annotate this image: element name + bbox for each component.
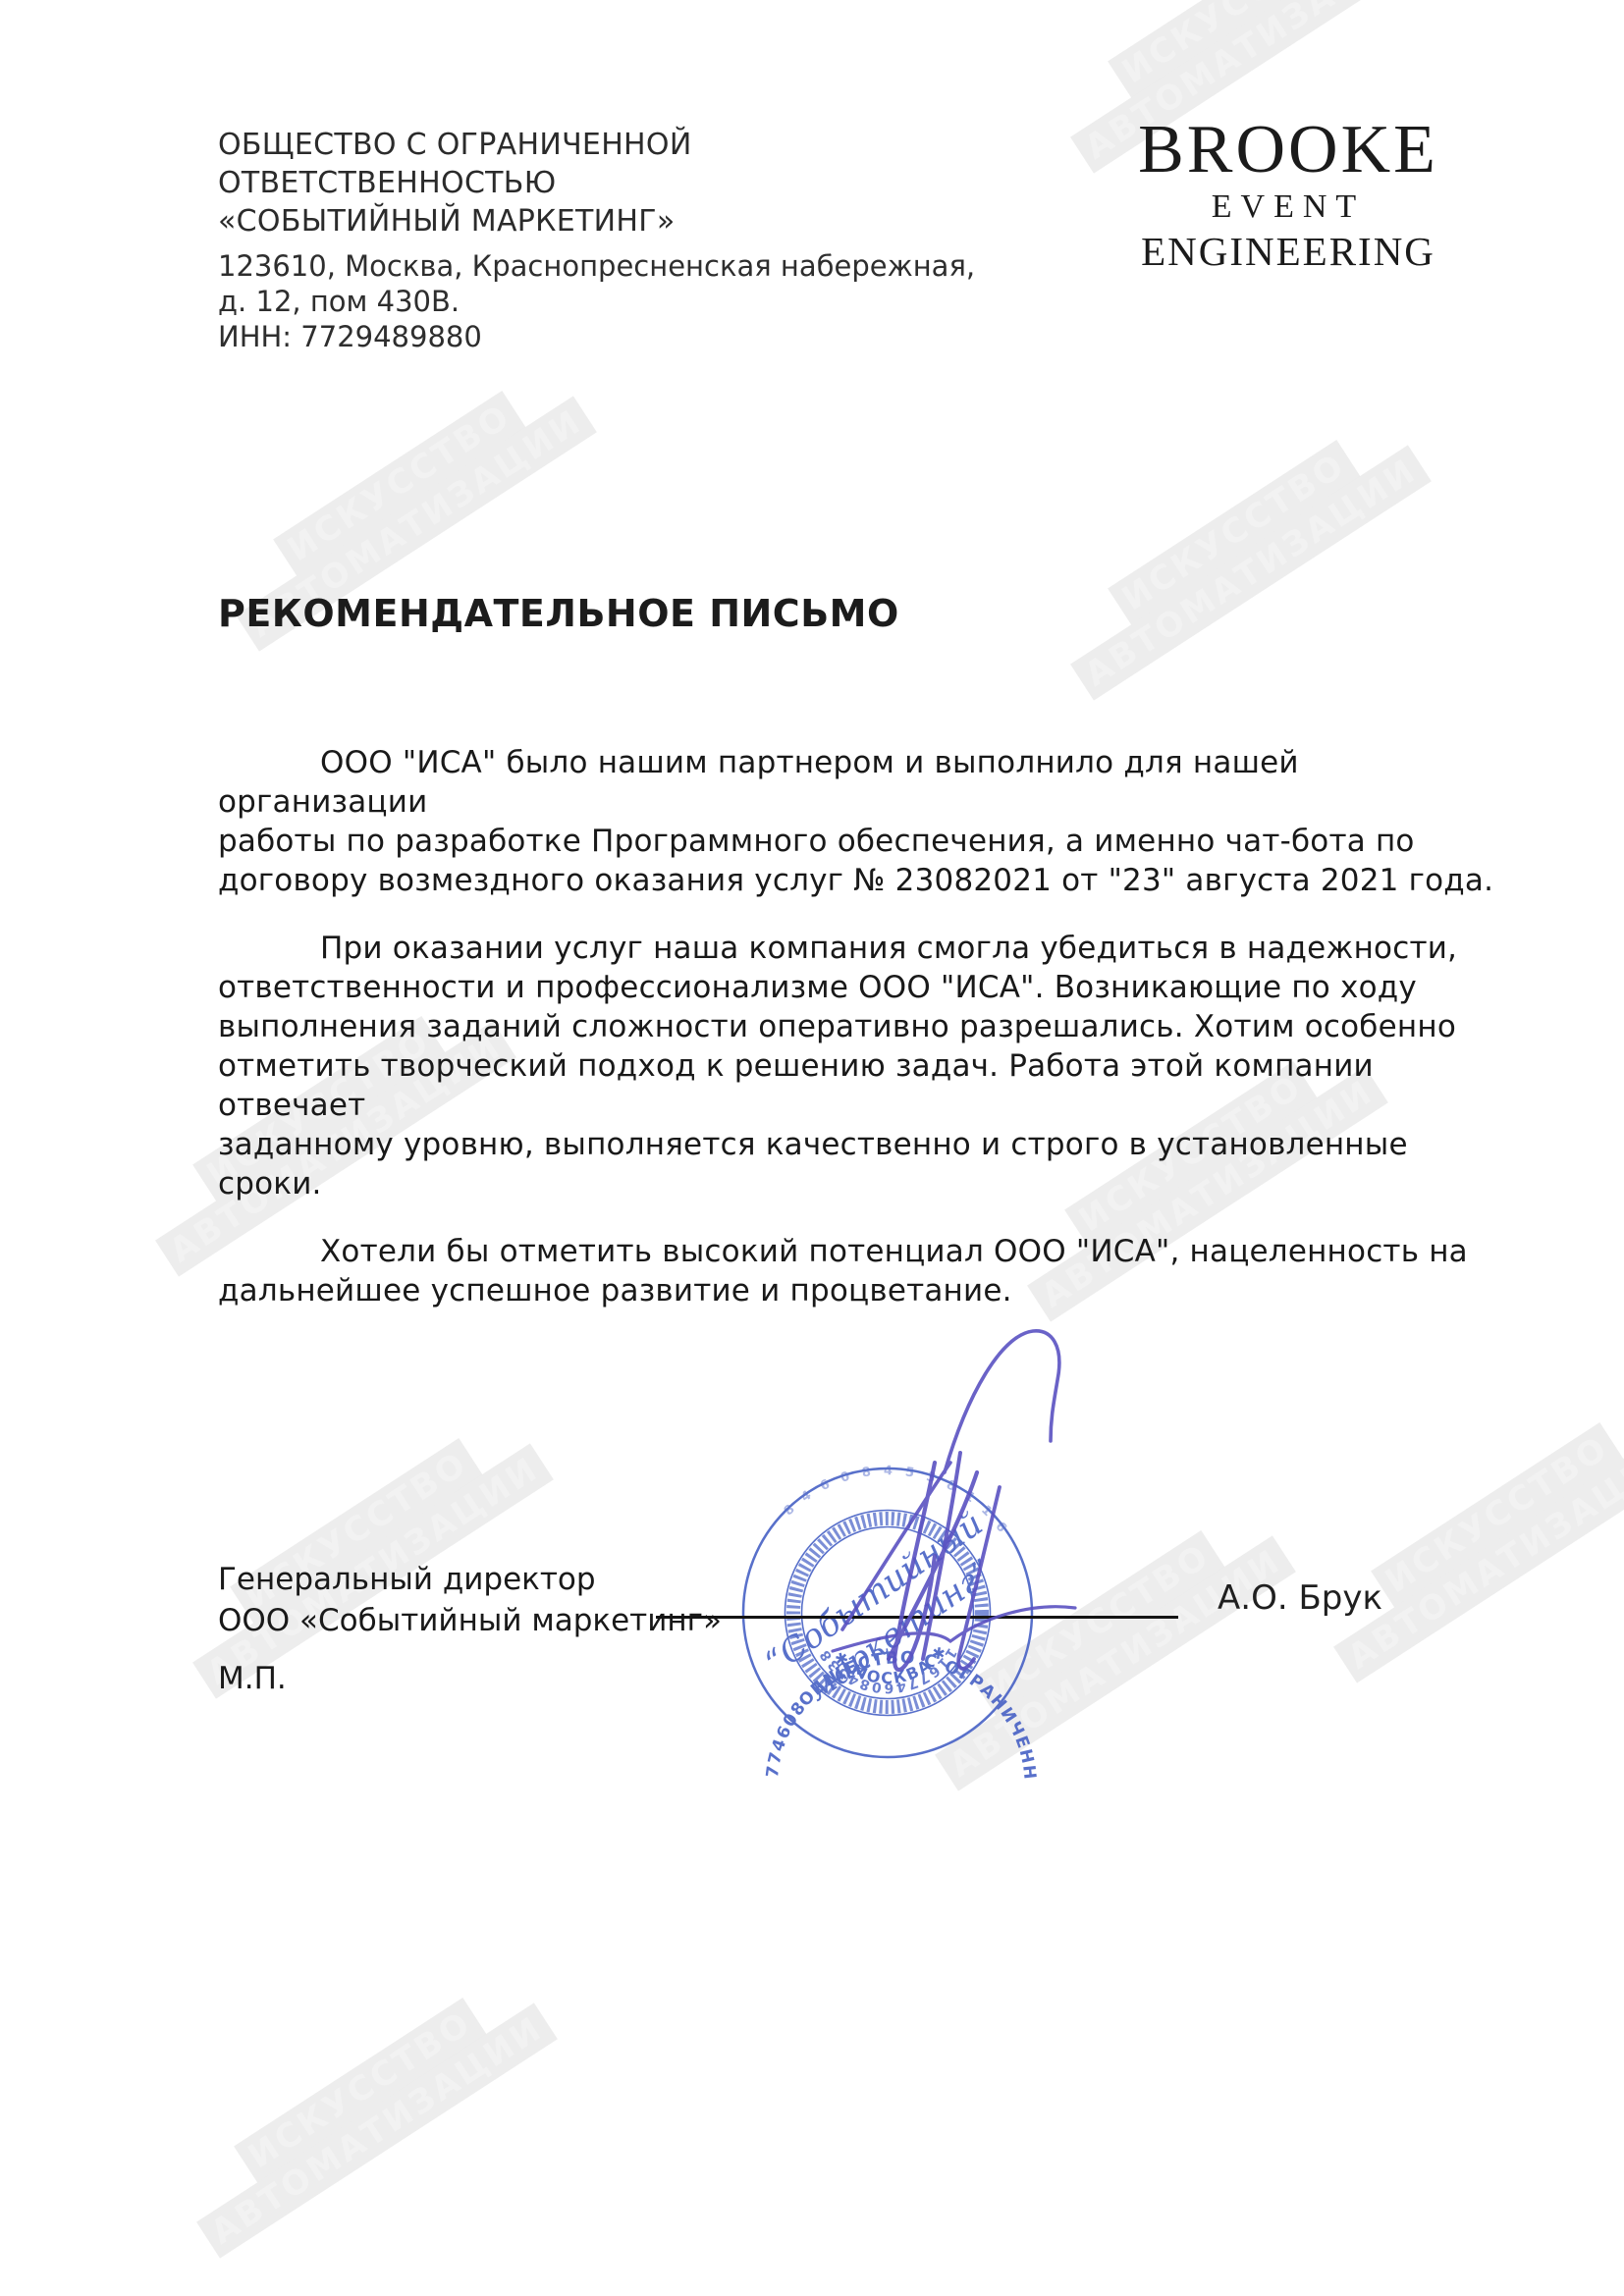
address-line: д. 12, пом 430В.	[218, 284, 975, 319]
address-line: 123610, Москва, Краснопресненская набере…	[218, 248, 975, 284]
document-title: РЕКОМЕНДАТЕЛЬНОЕ ПИСЬМО	[218, 592, 899, 635]
paragraph: Хотели бы отметить высокий потенциал ООО…	[218, 1232, 1516, 1310]
watermark-text: ИСКУССТВОАВТОМАТИЗАЦИИ	[1310, 1391, 1624, 1682]
org-name-line: ОТВЕТСТВЕННОСТЬЮ	[218, 164, 975, 202]
logo-line-engineering: ENGINEERING	[1115, 228, 1461, 275]
logo-line-brooke: BROOKE	[1115, 114, 1461, 187]
org-name-line: «СОБЫТИЙНЫЙ МАРКЕТИНГ»	[218, 202, 975, 240]
letterhead-company-block: ОБЩЕСТВО С ОГРАНИЧЕННОЙ ОТВЕТСТВЕННОСТЬЮ…	[218, 126, 975, 354]
watermark-text: ИСКУССТВОАВТОМАТИЗАЦИИ	[169, 1407, 554, 1698]
handwritten-signature	[687, 1306, 1100, 1718]
company-address: 123610, Москва, Краснопресненская набере…	[218, 248, 975, 354]
paragraph: При оказании услуг наша компания смогла …	[218, 929, 1516, 1203]
signer-role-block: Генеральный директор ООО «Событийный мар…	[218, 1559, 722, 1641]
seal-place-note: М.П.	[218, 1661, 287, 1696]
logo-line-event: EVENT	[1115, 187, 1461, 228]
signer-role-line: ООО «Событийный маркетинг»	[218, 1600, 722, 1641]
scanned-letter-page: { "letterhead": { "org_lines": ["ОБЩЕСТВ…	[0, 0, 1624, 2296]
letter-body: ООО "ИСА" было нашим партнером и выполни…	[218, 743, 1516, 1339]
watermark-text: ИСКУССТВОАВТОМАТИЗАЦИИ	[173, 1966, 558, 2258]
signer-role-line: Генеральный директор	[218, 1559, 722, 1600]
company-logo: BROOKE EVENT ENGINEERING	[1115, 114, 1461, 275]
watermark-text: ИСКУССТВОАВТОМАТИЗАЦИИ	[1047, 408, 1432, 700]
paragraph: ООО "ИСА" было нашим партнером и выполни…	[218, 743, 1516, 900]
org-name-line: ОБЩЕСТВО С ОГРАНИЧЕННОЙ	[218, 126, 975, 164]
company-inn: ИНН: 7729489880	[218, 319, 975, 354]
signer-name: А.О. Брук	[1218, 1578, 1382, 1618]
